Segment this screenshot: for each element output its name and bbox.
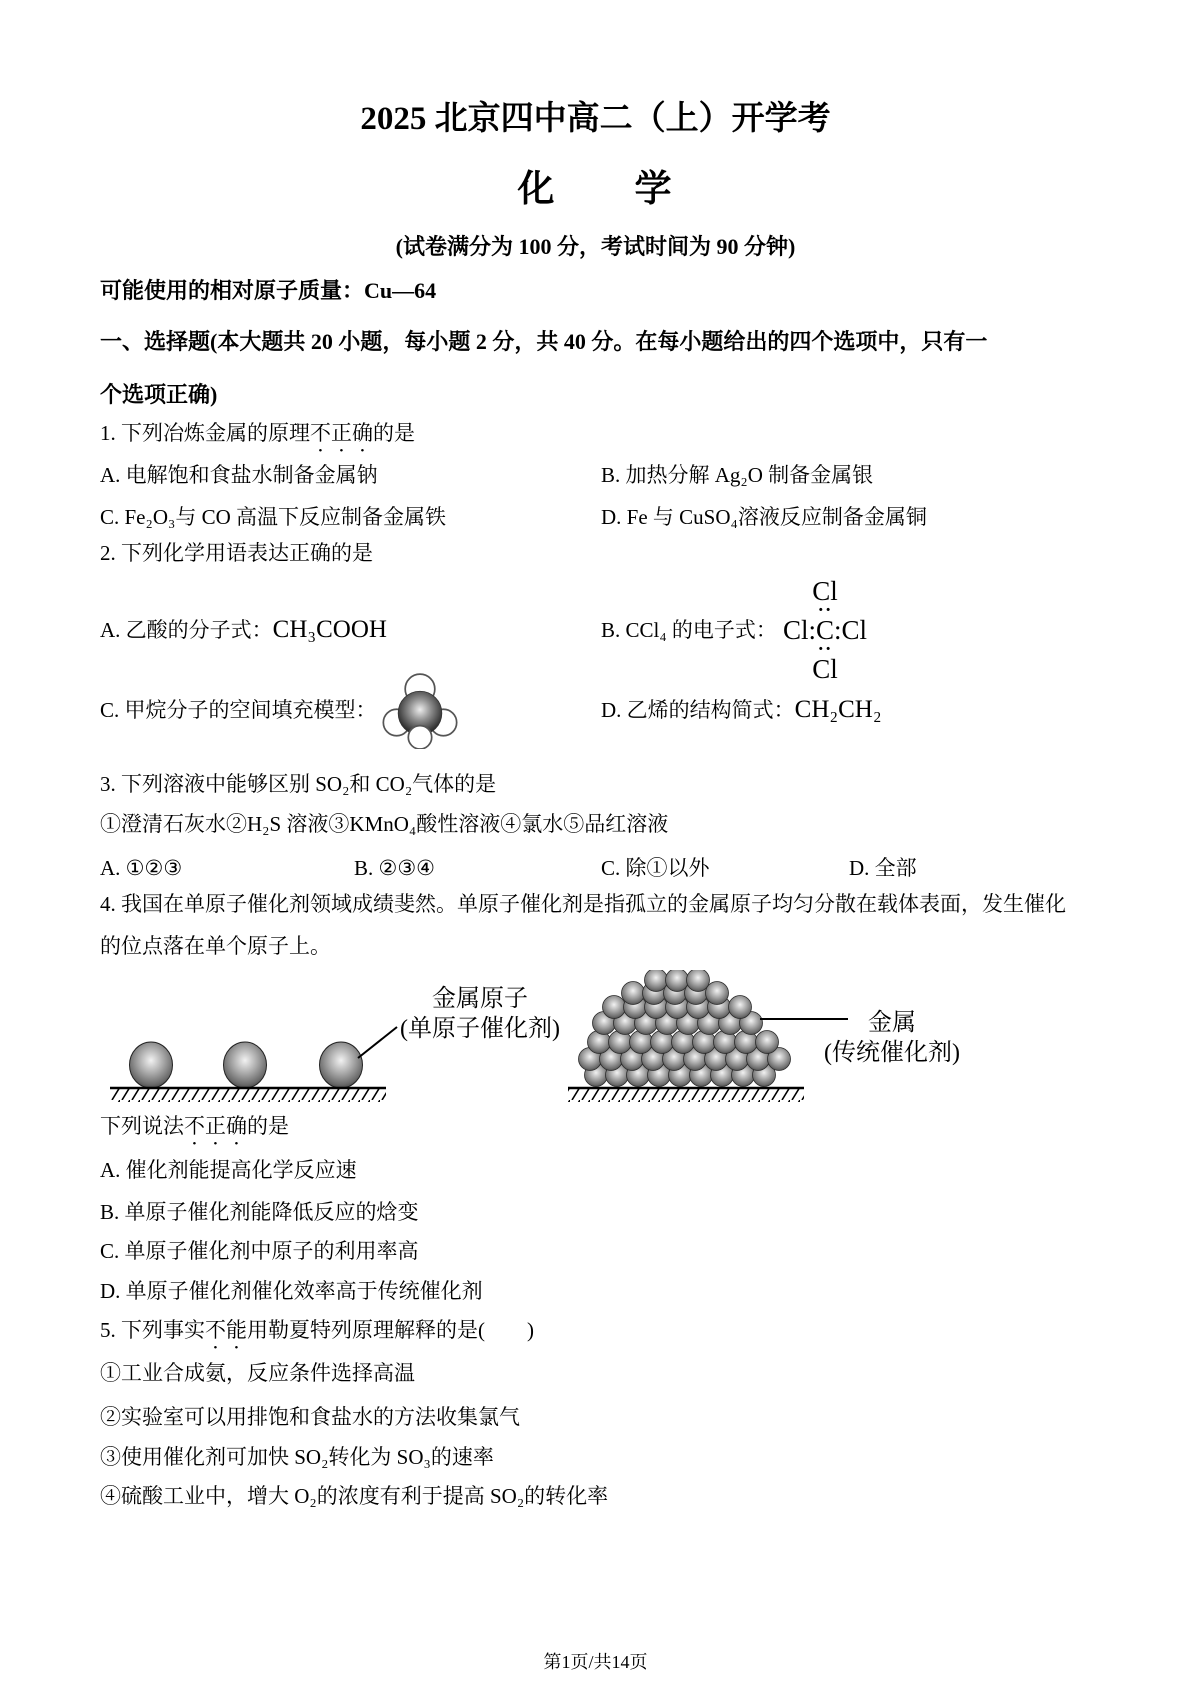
atomic-mass-line: 可能使用的相对原子质量：Cu—64 [100, 276, 1091, 306]
q4-option-d: D. 单原子催化剂催化效率高于传统催化剂 [100, 1270, 1091, 1312]
label-metal: 金属 [868, 1009, 916, 1036]
q5-stem: 5. 下列事实不能用勒夏特列原理解释的是( ) [100, 1309, 1091, 1354]
q4-substem: 下列说法不正确的是 [100, 1105, 1091, 1150]
q1-options-row1: A. 电解饱和食盐水制备金属钠 B. 加热分解 Ag₂O 制备金属银 [100, 454, 1091, 496]
q2-option-a: A. 乙酸的分子式：CH₃COOH [100, 609, 601, 651]
doc-subject: 化 学 [100, 158, 1091, 212]
q4-stem-line1: 4. 我国在单原子催化剂领域成绩斐然。单原子催化剂是指孤立的金属原子均匀分散在载… [100, 883, 1091, 925]
q4-stem-line2: 的位点落在单个原子上。 [100, 925, 1091, 967]
label-single-atom-catalyst: (单原子催化剂) [400, 1015, 560, 1042]
label-metal-atom: 金属原子 [432, 985, 528, 1012]
q5-item-3: ③使用催化剂可加快 SO₂转化为 SO₃的速率 [100, 1436, 1091, 1478]
exam-page: 2025 北京四中高二（上）开学考 化 学 (试卷满分为 100 分，考试时间为… [0, 0, 1191, 1684]
label-traditional-catalyst: (传统催化剂) [824, 1039, 960, 1066]
q2-formula-ethylene: CH₂CH₂ [795, 696, 882, 723]
q1-emphasized-text: 不正确 [310, 421, 373, 445]
q4-option-b: B. 单原子催化剂能降低反应的焓变 [100, 1191, 1091, 1233]
q1-option-a: A. 电解饱和食盐水制备金属钠 [100, 454, 601, 496]
q1-stem: 1. 下列冶炼金属的原理不正确的是 [100, 412, 1091, 457]
section-heading-line2: 个选项正确) [100, 373, 1091, 417]
q2-options-row2: C. 甲烷分子的空间填充模型： D. 乙烯的结构简式：CH₂CH₂ [100, 666, 1091, 754]
methane-space-filling-model [381, 671, 459, 749]
q2-option-d: D. 乙烯的结构简式：CH₂CH₂ [601, 689, 1091, 731]
q4-option-a: A. 催化剂能提高化学反应速 [100, 1149, 1091, 1191]
q5-item-4: ④硫酸工业中，增大 O₂的浓度有利于提高 SO₂的转化率 [100, 1475, 1091, 1517]
doc-note: (试卷满分为 100 分，考试时间为 90 分钟) [100, 230, 1091, 261]
q2-formula-acetic: CH₃COOH [273, 616, 387, 643]
single-atom-callout-line [358, 1027, 397, 1058]
q5-item-2: ②实验室可以用排饱和食盐水的方法收集氯气 [100, 1396, 1091, 1438]
q3-stem: 3. 下列溶液中能够区别 SO₂和 CO₂气体的是 [100, 763, 1091, 805]
q2-stem: 2. 下列化学用语表达正确的是 [100, 532, 1091, 574]
section-heading-line1: 一、选择题(本大题共 20 小题，每小题 2 分，共 40 分。在每小题给出的四… [100, 320, 1091, 364]
q3-list: ①澄清石灰水②H₂S 溶液③KMnO₄酸性溶液④氯水⑤品红溶液 [100, 803, 1091, 845]
doc-title: 2025 北京四中高二（上）开学考 [100, 92, 1091, 139]
q2-option-c: C. 甲烷分子的空间填充模型： [100, 671, 601, 749]
single-atom-catalyst-drawing [110, 1027, 397, 1102]
q4-emphasized-text: 不正确 [184, 1114, 247, 1138]
q5-emphasized-text: 不能 [205, 1318, 247, 1342]
q5-item-1: ①工业合成氨，反应条件选择高温 [100, 1352, 1091, 1394]
traditional-catalyst-cluster [579, 970, 791, 1087]
q4-option-c: C. 单原子催化剂中原子的利用率高 [100, 1230, 1091, 1272]
page-number: 第1页/共14页 [100, 1648, 1091, 1674]
q1-option-b: B. 加热分解 Ag₂O 制备金属银 [601, 454, 1091, 496]
catalyst-figure: 金属原子 (单原子催化剂) 金属 (传统催化剂) [100, 970, 1091, 1112]
